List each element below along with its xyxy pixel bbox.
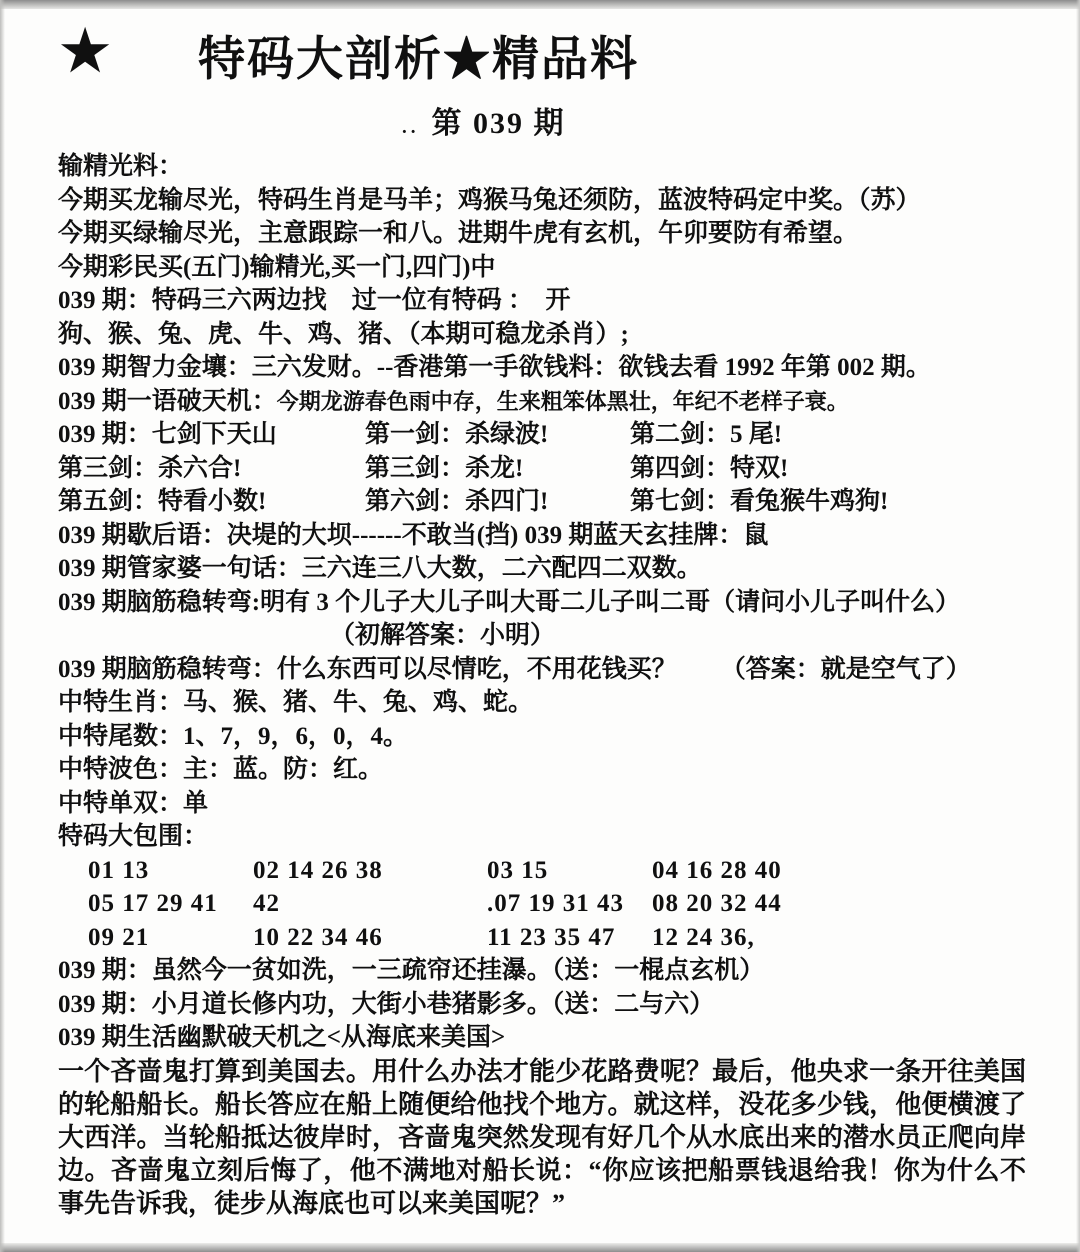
teaser2-answer: （答案：就是空气了）	[721, 656, 971, 683]
yuyu-label: 039 期一语破天机：	[58, 388, 277, 415]
number-cell: 08 20 32 44	[652, 887, 782, 921]
sword-cell: 第三剑：杀龙!	[365, 452, 523, 486]
tip-line-1: 今期买龙输尽光，特码生肖是马羊；鸡猴马兔还须防，蓝波特码定中奖。（苏）	[58, 184, 1063, 218]
number-grid-row-2: 05 17 29 41 42 .07 19 31 43 08 20 32 44	[58, 887, 1063, 921]
sword-cell: 第五剑：特看小数!	[58, 485, 266, 519]
tip-line-3: 今期彩民买(五门)输精光,买一门,四门)中	[58, 251, 1063, 285]
number-cell: 05 17 29 41	[88, 887, 218, 921]
sword-cell: 第四剑：特双!	[630, 452, 788, 486]
poem-line-2: 039 期：小月道长修内功，大街小巷猪影多。（送：二与六）	[58, 988, 1063, 1022]
scan-edge-top	[0, 0, 1080, 9]
number-cell: 03 15	[487, 854, 548, 888]
number-cell: 01 13	[88, 854, 149, 888]
page-title: 特码大剖析★精品料	[198, 32, 639, 88]
number-cell: 02 14 26 38	[253, 854, 383, 888]
scan-edge-bottom	[0, 1243, 1080, 1252]
number-cell: 12 24 36,	[652, 921, 755, 955]
tip-line-2: 今期买绿输尽光，主意跟踪一和八。进期牛虎有玄机，午卯要防有希望。	[58, 217, 1063, 251]
teaser2-question: 039 期脑筋稳转弯：什么东西可以尽情吃，不用花钱买？	[58, 656, 677, 683]
teaser2-line: 039 期脑筋稳转弯：什么东西可以尽情吃，不用花钱买？（答案：就是空气了）	[58, 653, 1063, 687]
poem-line-1: 039 期：虽然今一贫如洗，一三疏帘还挂瀑。（送：一棍点玄机）	[58, 954, 1063, 988]
sword-row-3: 第五剑：特看小数! 第六剑：杀四门! 第七剑：看兔猴牛鸡狗!	[58, 485, 1063, 519]
sword-row-1: 039 期：七剑下天山 第一剑：杀绿波! 第二剑：5 尾!	[58, 418, 1063, 452]
number-cell: 10 22 34 46	[253, 921, 383, 955]
star-icon: ★	[60, 22, 110, 82]
zhongte-weishu: 中特尾数：1、7，9，6，0，4。	[58, 720, 1063, 754]
teaser1-line: 039 期脑筋稳转弯:明有 3 个儿子大儿子叫大哥二儿子叫二哥（请问小儿子叫什么…	[58, 586, 1063, 620]
content-body: 输精光料： 今期买龙输尽光，特码生肖是马羊；鸡猴马兔还须防，蓝波特码定中奖。（苏…	[58, 150, 1063, 1220]
sword-cell: 039 期：七剑下天山	[58, 418, 277, 452]
grid-label: 特码大包围：	[58, 820, 1063, 854]
sword-cell: 第六剑：杀四门!	[365, 485, 548, 519]
number-cell: 11 23 35 47	[487, 921, 615, 955]
tip-line-4: 039 期：特码三六两边找 过一位有特码 ： 开	[58, 284, 1063, 318]
sword-cell: 第二剑：5 尾!	[630, 418, 782, 452]
humor-story: 一个吝啬鬼打算到美国去。用什么办法才能少花路费呢？最后，他央求一条开往美国的轮船…	[58, 1055, 1026, 1220]
number-cell: .07 19 31 43	[487, 887, 624, 921]
number-grid-row-1: 01 13 02 14 26 38 03 15 04 16 28 40	[58, 854, 1063, 888]
tip-line-zhili: 039 期智力金壤：三六发财。--香港第一手欲钱料：欲钱去看 1992 年第 0…	[58, 351, 1063, 385]
sword-cell: 第一剑：杀绿波!	[365, 418, 548, 452]
teaser1-answer: （初解答案：小明）	[58, 619, 1063, 653]
sword-cell: 第三剑：杀六合!	[58, 452, 241, 486]
zhongte-bose: 中特波色：主：蓝。防：红。	[58, 753, 1063, 787]
issue-number: ..第 039 期	[402, 106, 566, 146]
guanjiapo-line: 039 期管家婆一句话：三六连三八大数，二六配四二双数。	[58, 552, 1063, 586]
humor-title: 039 期生活幽默破天机之<从海底来美国>	[58, 1021, 1063, 1055]
number-grid-row-3: 09 21 10 22 34 46 11 23 35 47 12 24 36,	[58, 921, 1063, 955]
yuyu-content: 今期龙游春色雨中存，生来粗笨体黑壮，年纪不老样子衰。	[277, 389, 849, 414]
zhongte-shengxiao: 中特生肖：马、猴、猪、牛、兔、鸡、蛇。	[58, 686, 1063, 720]
tip-line-zodiac-kill: 狗、猴、兔、虎、牛、鸡、猪、（本期可稳龙杀肖）;	[58, 318, 1063, 352]
sword-cell: 第七剑：看兔猴牛鸡狗!	[630, 485, 888, 519]
issue-text: 第 039 期	[432, 107, 566, 140]
number-cell: 42	[253, 887, 280, 921]
xiehouyu-line: 039 期歇后语：决堤的大坝------不敢当(挡) 039 期蓝天玄挂牌：鼠	[58, 519, 1063, 553]
tip-sheet-page: ★ 特码大剖析★精品料 ..第 039 期 输精光料： 今期买龙输尽光，特码生肖…	[0, 0, 1080, 1252]
section-label-shujing: 输精光料：	[58, 150, 1063, 184]
zhongte-danshuang: 中特单双：单	[58, 787, 1063, 821]
number-cell: 09 21	[88, 921, 149, 955]
sword-row-2: 第三剑：杀六合! 第三剑：杀龙! 第四剑：特双!	[58, 452, 1063, 486]
scan-edge-right	[1076, 0, 1080, 1252]
number-cell: 04 16 28 40	[652, 854, 782, 888]
yuyu-line: 039 期一语破天机：今期龙游春色雨中存，生来粗笨体黑壮，年纪不老样子衰。	[58, 385, 1063, 419]
issue-dots: ..	[402, 117, 420, 138]
scan-edge-left	[0, 0, 5, 1252]
